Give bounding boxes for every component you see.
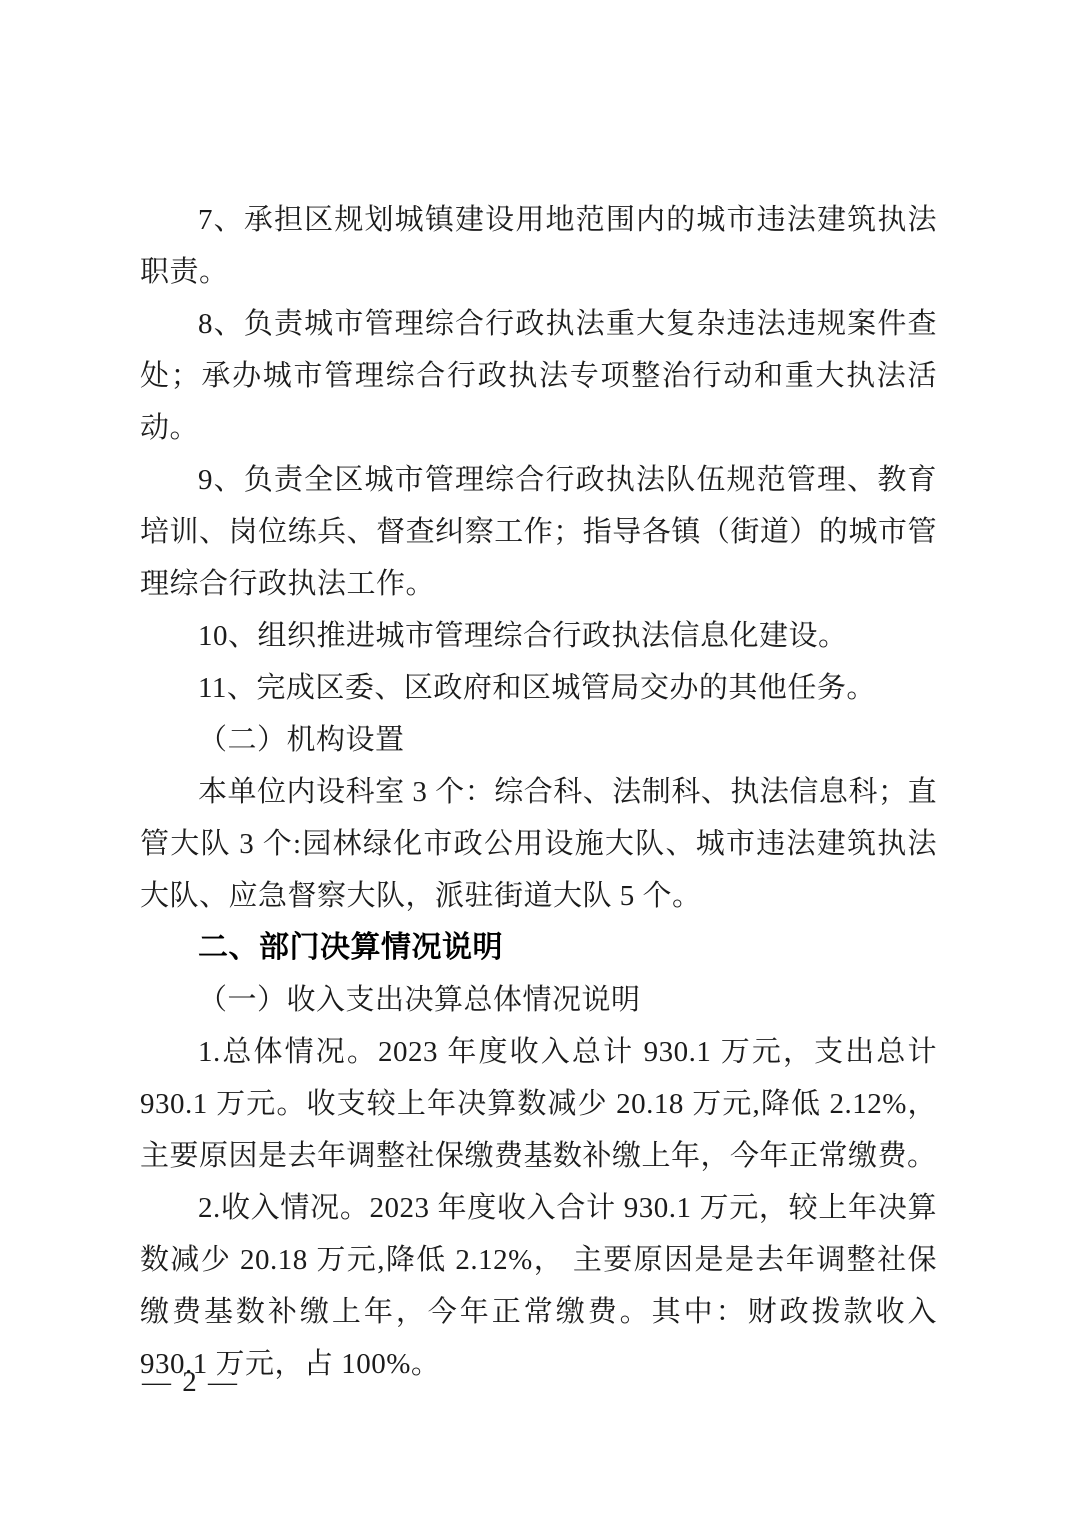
paragraph-income-situation: 2.收入情况。2023 年度收入合计 930.1 万元，较上年决算数减少 20.…: [140, 1182, 937, 1390]
paragraph-duty-8: 8、负责城市管理综合行政执法重大复杂违法违规案件查处；承办城市管理综合行政执法专…: [140, 298, 937, 454]
paragraph-duty-11: 11、完成区委、区政府和区城管局交办的其他任务。: [140, 662, 937, 714]
document-page: 7、承担区规划城镇建设用地范围内的城市违法建筑执法职责。 8、负责城市管理综合行…: [0, 0, 1074, 1520]
paragraph-duty-10: 10、组织推进城市管理综合行政执法信息化建设。: [140, 610, 937, 662]
paragraph-org-detail: 本单位内设科室 3 个：综合科、法制科、执法信息科；直管大队 3 个:园林绿化市…: [140, 766, 937, 922]
document-body: 7、承担区规划城镇建设用地范围内的城市违法建筑执法职责。 8、负责城市管理综合行…: [140, 194, 937, 1390]
paragraph-overall-situation: 1.总体情况。2023 年度收入总计 930.1 万元，支出总计 930.1 万…: [140, 1026, 937, 1182]
paragraph-duty-7: 7、承担区规划城镇建设用地范围内的城市违法建筑执法职责。: [140, 194, 937, 298]
page-number: — 2 —: [142, 1362, 239, 1402]
heading-section-final-accounts: 二、部门决算情况说明: [140, 922, 937, 974]
heading-org-setup: （二）机构设置: [140, 714, 937, 766]
paragraph-duty-9: 9、负责全区城市管理综合行政执法队伍规范管理、教育培训、岗位练兵、督查纠察工作；…: [140, 454, 937, 610]
heading-overall-statement: （一）收入支出决算总体情况说明: [140, 974, 937, 1026]
